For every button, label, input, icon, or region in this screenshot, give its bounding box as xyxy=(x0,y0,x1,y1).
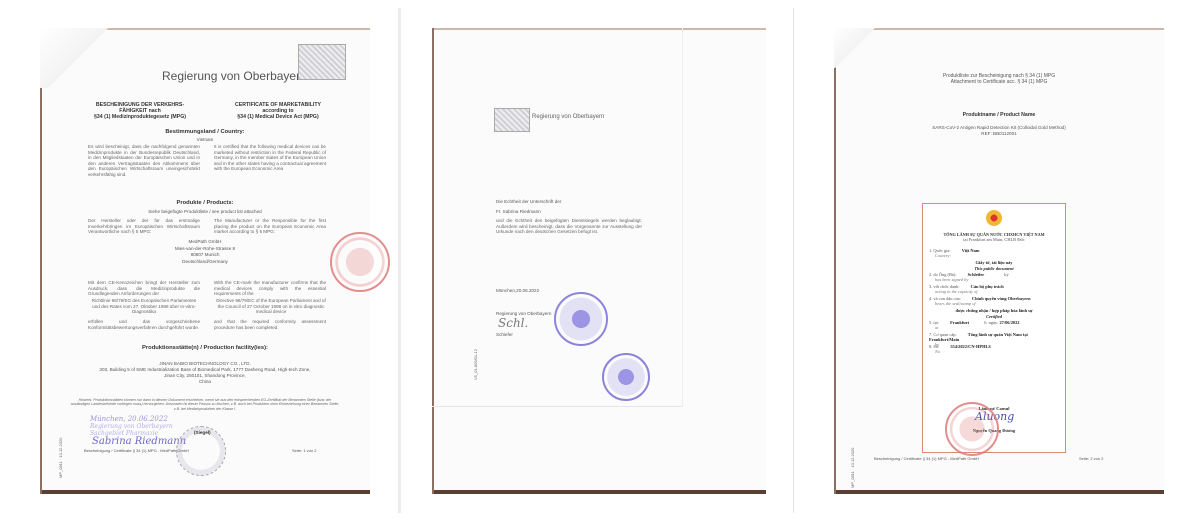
page-curl xyxy=(40,28,130,88)
country-label: Bestimmungsland / Country: xyxy=(40,129,370,136)
conform-en: and that the required conformity assessm… xyxy=(214,319,326,330)
manufacturer-de: Der Hersteller oder der für das erstmali… xyxy=(88,218,200,235)
title-en: CERTIFICATE OF MARKETABILITYaccording to… xyxy=(218,102,338,121)
certificate-page-1: Regierung von Oberbayern BESCHEINIGUNG D… xyxy=(40,28,370,494)
bavarian-crest-icon xyxy=(298,44,346,80)
footer-left: Bescheinigung / Certificate § 34 (1) MPG… xyxy=(874,456,979,461)
directive-en: Directive 98/79/EC of the European Parli… xyxy=(216,298,326,315)
product-name-label: Produktname / Product Name xyxy=(834,112,1164,118)
facility-label: Produktionsstätte(n) / Production facili… xyxy=(40,345,370,352)
products-note: Siehe beigefügte Produktliste / see prod… xyxy=(40,209,370,214)
red-consular-stamp-edge xyxy=(330,232,390,292)
bavarian-crest-icon xyxy=(494,108,530,132)
consular-legalization-box: TỔNG LÃNH SỰ QUÁN NƯỚC CHXHCN VIỆT NAM t… xyxy=(922,203,1066,453)
products-label: Produkte / Products: xyxy=(40,200,370,207)
authority-title: Regierung von Oberbayern xyxy=(162,69,307,83)
legalization-row: 8. Số: 554/2022/CN-HPHLSNo xyxy=(929,344,1059,354)
handwritten-office: Regierung von Oberbayern xyxy=(90,423,173,430)
legalization-row: Giấy tờ, tài liệu này xyxy=(923,260,1065,265)
auth-line-1: Die Echtheit der Unterschrift der xyxy=(496,199,561,204)
directive-de: Richtlinie 98/79/EG des Europäischen Par… xyxy=(90,298,198,315)
signature-riedmann: Sabrina Riedmann xyxy=(92,436,186,447)
conform-de: erfüllen und das vorgeschriebene Konform… xyxy=(88,319,200,330)
certify-de: Es wird bescheinigt, dass die nachfolgen… xyxy=(88,144,200,177)
legalization-row: 3. với chức danh: Cán bộ phụ tráchacting… xyxy=(929,284,1059,294)
seal-label: (Siegel) xyxy=(194,430,211,435)
blue-official-stamp-2 xyxy=(602,353,650,401)
legalization-row: 1. Quốc gia: Việt NamCountry: xyxy=(929,248,1059,258)
auth-date: München,20.06.2022 xyxy=(496,288,539,293)
auth-name: Fr. Sabrina Riedmann xyxy=(496,209,541,214)
document-panel-2[interactable]: Regierung von Oberbayern Die Echtheit de… xyxy=(402,0,788,519)
footer-page-number: Seite: 2 von 2 xyxy=(1079,456,1103,461)
footer-page-number: Seite: 1 von 2 xyxy=(292,448,316,453)
legalization-row: This public document xyxy=(923,266,1065,271)
manufacturer-address: MedPath GmbH Mies-van-der-Rohe-Strasse 8… xyxy=(40,239,370,265)
signature-schiefer: Schl. xyxy=(498,316,528,330)
legalization-row: 2. do Ông (Bà): Schleiferkýhas been sign… xyxy=(929,272,1059,282)
legalization-row: 5. tại: Frankfurt 6. ngày: 27/06/2022at xyxy=(929,320,1059,330)
list-header-en: Attachment to Certificate acc. § 34 (1) … xyxy=(834,80,1164,85)
authority-title: Regierung von Oberbayern xyxy=(532,114,604,120)
legalization-subtitle: tại Frankfurt am Main, CHLB Đức xyxy=(923,237,1065,242)
side-code: MP_0811 · 10.12.2020 xyxy=(850,448,855,488)
panel-divider xyxy=(793,8,794,513)
legalization-row: Certified xyxy=(923,314,1065,319)
vietnam-emblem-icon xyxy=(986,210,1002,226)
side-code: V5_01-809/01-12 xyxy=(473,349,478,380)
product-name: SARS-CoV-2 Antigen Rapid Detection Kit (… xyxy=(834,125,1164,130)
country-value: Vietnam xyxy=(40,137,370,142)
legalization-row: được chứng nhận / hợp pháp hóa lãnh sự xyxy=(923,308,1065,313)
facility-address: JINAN BABIO BIOTECHNOLOGY CO., LTD. 303,… xyxy=(80,361,330,385)
product-list-page: Produktliste zur Bescheinigung nach § 34… xyxy=(834,28,1164,494)
signer-name: Schiefer xyxy=(496,332,513,337)
panel-divider xyxy=(398,8,401,513)
manufacturer-en: The Manufacturer or the Responsible for … xyxy=(214,218,326,235)
document-panel-3[interactable]: Produktliste zur Bescheinigung nach § 34… xyxy=(800,0,1200,519)
authentication-page: Regierung von Oberbayern Die Echtheit de… xyxy=(432,28,766,494)
red-consular-stamp xyxy=(945,402,999,456)
ce-de: Mit dem CE-Kennzeichen bringt der Herste… xyxy=(88,280,200,297)
legalization-row: 4. và con dấu của: Chính quyền vùng Ober… xyxy=(929,296,1059,306)
blue-official-stamp-1 xyxy=(554,292,608,346)
page-curl xyxy=(834,28,884,68)
product-ref: REF: BB0112001 xyxy=(834,131,1164,136)
ce-en: With the CE-mark the manufacturer confir… xyxy=(214,280,326,297)
side-code: MP_0811 · 10.12.2020 xyxy=(58,438,63,478)
footnote: Hinweis: Produktionsstätten können nur d… xyxy=(70,398,340,411)
handwritten-date: München, 20.06.2022 xyxy=(90,415,168,423)
footer-left: Bescheinigung / Certificate § 34 (1) MPG… xyxy=(84,448,189,453)
document-panel-1[interactable]: Regierung von Oberbayern BESCHEINIGUNG D… xyxy=(0,0,390,519)
certify-en: It is certified that the following medic… xyxy=(214,144,326,172)
auth-line-2: und die Echtheit des beigefügten Diensts… xyxy=(496,218,642,235)
title-de: BESCHEINIGUNG DER VERKEHRS-FÄHIGKEIT nac… xyxy=(80,102,200,121)
